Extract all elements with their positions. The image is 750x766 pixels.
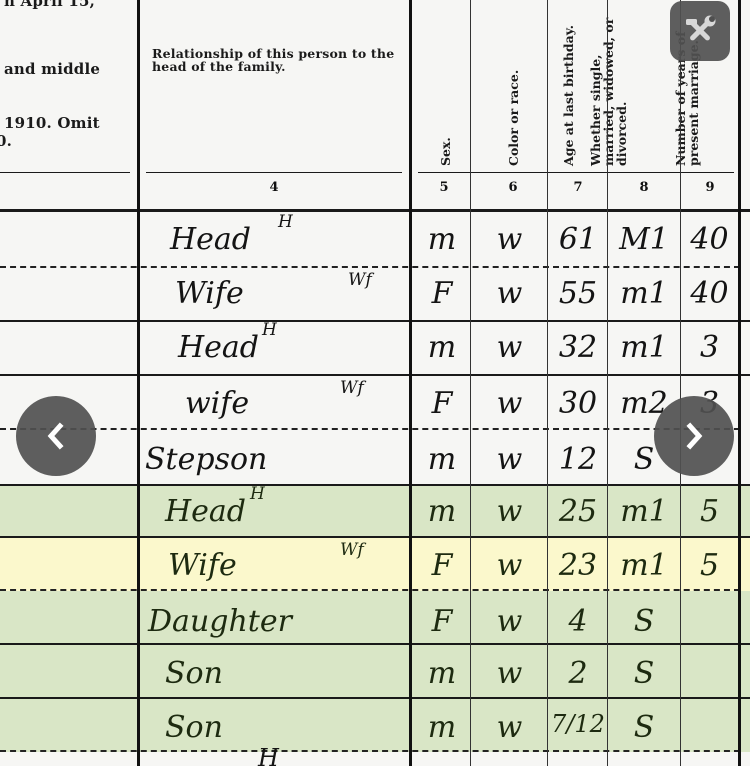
color-cell: w <box>472 604 547 639</box>
sex-cell: F <box>412 548 472 583</box>
age-cell: 32 <box>548 330 608 365</box>
marital-cell: M1 <box>608 222 680 257</box>
years-married-cell: 3 <box>681 330 738 365</box>
chevron-right-icon <box>682 422 706 450</box>
marital-cell: m1 <box>608 548 680 583</box>
age-cell: 25 <box>548 494 608 529</box>
marital-cell: S <box>608 656 680 691</box>
relationship-cell: Son <box>165 656 223 691</box>
age-column-header: Age at last birthday. <box>562 25 575 166</box>
partial-row-note: H <box>258 744 279 766</box>
color-cell: w <box>472 494 547 529</box>
column-number-9: 9 <box>680 180 740 195</box>
color-cell: w <box>472 656 547 691</box>
column-number-8: 8 <box>608 180 680 195</box>
relationship-cell: Head <box>170 222 251 257</box>
relationship-cell: Head <box>165 494 246 529</box>
relationship-cell: Wife <box>175 276 244 311</box>
sex-cell: m <box>412 442 472 477</box>
relationship-cell: wife <box>185 386 249 421</box>
marital-column-header: Whether single, married, widowed, or div… <box>589 6 628 166</box>
age-cell: 12 <box>548 442 608 477</box>
column-line <box>680 0 681 766</box>
relationship-cell: Wife <box>168 548 237 583</box>
column-line <box>137 0 140 766</box>
row-divider <box>0 428 740 430</box>
column-line <box>738 0 741 766</box>
marital-cell: S <box>608 710 680 745</box>
age-cell: 4 <box>548 604 608 639</box>
sex-cell: m <box>412 656 472 691</box>
years-married-cell: 5 <box>681 548 738 583</box>
header-rule <box>146 172 402 173</box>
sex-cell: F <box>412 276 472 311</box>
relationship-note: H <box>278 212 293 232</box>
age-cell: 2 <box>548 656 608 691</box>
column-line <box>470 0 471 766</box>
row-divider <box>0 536 750 538</box>
column-line <box>607 0 608 766</box>
row-divider <box>0 374 750 376</box>
color-cell: w <box>472 386 547 421</box>
age-cell: 61 <box>548 222 608 257</box>
years-married-cell: 40 <box>681 222 738 257</box>
age-cell: 7/12 <box>548 710 608 738</box>
row-divider <box>0 266 740 268</box>
header-left-fragment-3: 1910. Omit <box>4 114 100 132</box>
relationship-cell: Stepson <box>145 442 267 477</box>
chevron-left-icon <box>44 422 68 450</box>
column-number-6: 6 <box>478 180 548 195</box>
relationship-note: H <box>250 484 265 504</box>
years-married-cell: 5 <box>681 494 738 529</box>
header-left-fragment-2: and middle <box>4 60 100 78</box>
hammer-wrench-icon <box>683 14 717 48</box>
header-left-fragment-4: 0. <box>0 132 12 150</box>
row-divider <box>0 589 740 591</box>
color-cell: w <box>472 548 547 583</box>
column-line <box>409 0 412 766</box>
header-left-fragment-1: n April 15, <box>4 0 95 10</box>
header-rule <box>0 172 130 173</box>
row-divider <box>0 484 750 486</box>
relationship-column-header: Relationship of this person to the head … <box>152 47 402 73</box>
row-divider <box>0 320 750 322</box>
column-number-4: 4 <box>138 180 410 195</box>
color-cell: w <box>472 710 547 745</box>
color-cell: w <box>472 330 547 365</box>
marital-cell: S <box>608 604 680 639</box>
row-divider <box>0 750 740 752</box>
next-button[interactable] <box>654 396 734 476</box>
column-number-5: 5 <box>410 180 478 195</box>
sex-cell: m <box>412 494 472 529</box>
row-divider <box>0 697 750 699</box>
sex-column-header: Sex. <box>439 137 452 166</box>
color-cell: w <box>472 222 547 257</box>
previous-button[interactable] <box>16 396 96 476</box>
relationship-cell: Son <box>165 710 223 745</box>
marital-cell: m1 <box>608 276 680 311</box>
sex-cell: m <box>412 710 472 745</box>
sex-cell: m <box>412 222 472 257</box>
color-cell: w <box>472 442 547 477</box>
color-column-header: Color or race. <box>507 70 520 166</box>
marital-cell: m1 <box>608 330 680 365</box>
relationship-note: Wf <box>348 270 372 290</box>
header-rule <box>418 172 734 173</box>
relationship-cell: Daughter <box>148 604 292 639</box>
age-column-header-text: Age at last birthday. <box>561 25 576 166</box>
age-cell: 55 <box>548 276 608 311</box>
sex-cell: F <box>412 386 472 421</box>
years-married-cell: 40 <box>681 276 738 311</box>
relationship-cell: Head <box>178 330 259 365</box>
row-divider <box>0 643 750 645</box>
tools-button[interactable] <box>670 1 730 61</box>
header-bottom-rule <box>0 209 750 212</box>
color-cell: w <box>472 276 547 311</box>
sex-cell: m <box>412 330 472 365</box>
relationship-note: Wf <box>340 378 364 398</box>
column-number-7: 7 <box>548 180 608 195</box>
age-cell: 30 <box>548 386 608 421</box>
relationship-note: H <box>262 320 277 340</box>
column-line <box>547 0 548 766</box>
sex-cell: F <box>412 604 472 639</box>
marital-cell: m1 <box>608 494 680 529</box>
age-cell: 23 <box>548 548 608 583</box>
census-page: n April 15, and middle 1910. Omit 0. Rel… <box>0 0 750 766</box>
relationship-note: Wf <box>340 540 364 560</box>
